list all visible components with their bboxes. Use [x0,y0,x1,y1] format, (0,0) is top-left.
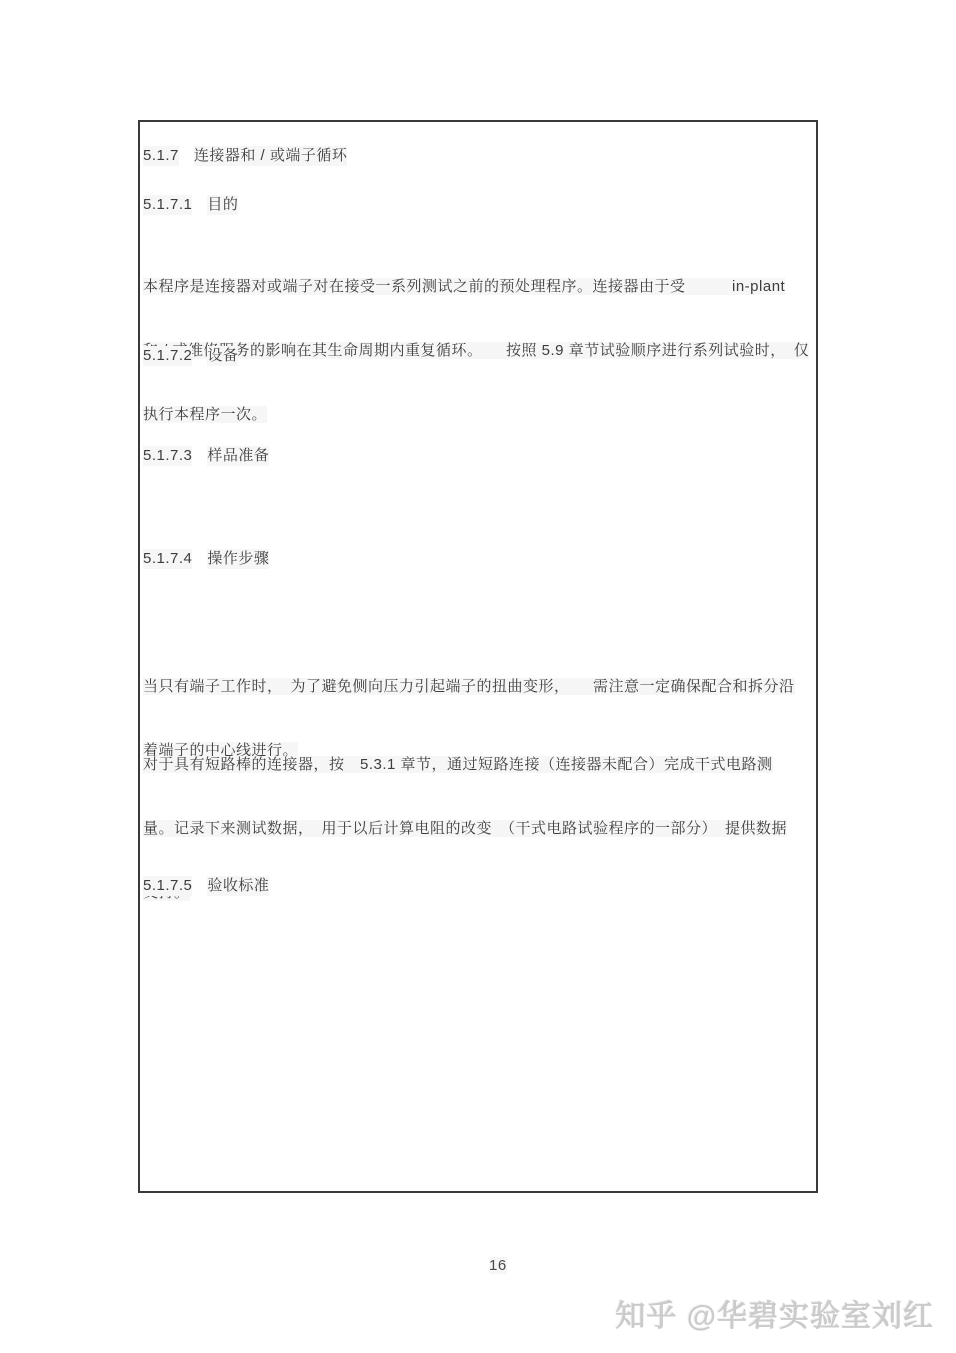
section-title: 操作步骤 [207,549,269,569]
section-heading-5-1-7: 5.1.7 连接器和 / 或端子循环 [143,146,815,166]
section-title: 验收标准 [207,876,269,896]
section-title: 目的 [207,195,238,215]
section-heading-5-1-7-2: 5.1.7.2 设备 [143,346,815,366]
page-number: 16 [489,1257,507,1274]
section-number: 5.1.7.5 [143,876,192,896]
paragraph-line: 对于具有短路棒的连接器，按 5.3.1 章节，通过短路连接（连接器未配合）完成干… [143,750,815,780]
section-heading-5-1-7-4: 5.1.7.4 操作步骤 [143,549,815,569]
section-number: 5.1.7.3 [143,446,192,466]
section-heading-5-1-7-1: 5.1.7.1 目的 [143,195,815,215]
section-number: 5.1.7.2 [143,346,192,366]
equipment-none-text: 无 [143,395,815,415]
zhihu-watermark: 知乎 @华碧实验室刘红 [615,1291,934,1335]
section-title: 设备 [207,346,238,366]
section-heading-5-1-7-3: 5.1.7.3 样品准备 [143,446,815,466]
acceptance-none-text: 无 [143,923,815,943]
section-title: 样品准备 [207,446,269,466]
sample-preparation-text: 无特殊准备要求 [143,495,815,515]
document-page: 5.1.7 连接器和 / 或端子循环 5.1.7.1 目的 本程序是连接器对或端… [0,0,956,1353]
remating-guidance-text: 对连接器或端子进行再次匹配，为进行接下来的一系列试验程序提供指导。 [143,820,815,840]
procedure-step-text: 完成每一对连接器或端子的配合和拆分 10次。 [143,596,815,616]
section-number: 5.1.7.1 [143,195,192,215]
section-number: 5.1.7.4 [143,549,192,569]
paragraph-line: 本程序是连接器对或端子对在接受一系列测试之前的预处理程序。连接器由于受 in-p… [143,272,815,302]
paragraph-line: 当只有端子工作时， 为了避免侧向压力引起端子的扭曲变形， 需注意一定确保配合和拆… [143,672,815,702]
section-title: 连接器和 / 或端子循环 [194,146,348,166]
section-heading-5-1-7-5: 5.1.7.5 验收标准 [143,876,815,896]
section-number: 5.1.7 [143,146,179,166]
